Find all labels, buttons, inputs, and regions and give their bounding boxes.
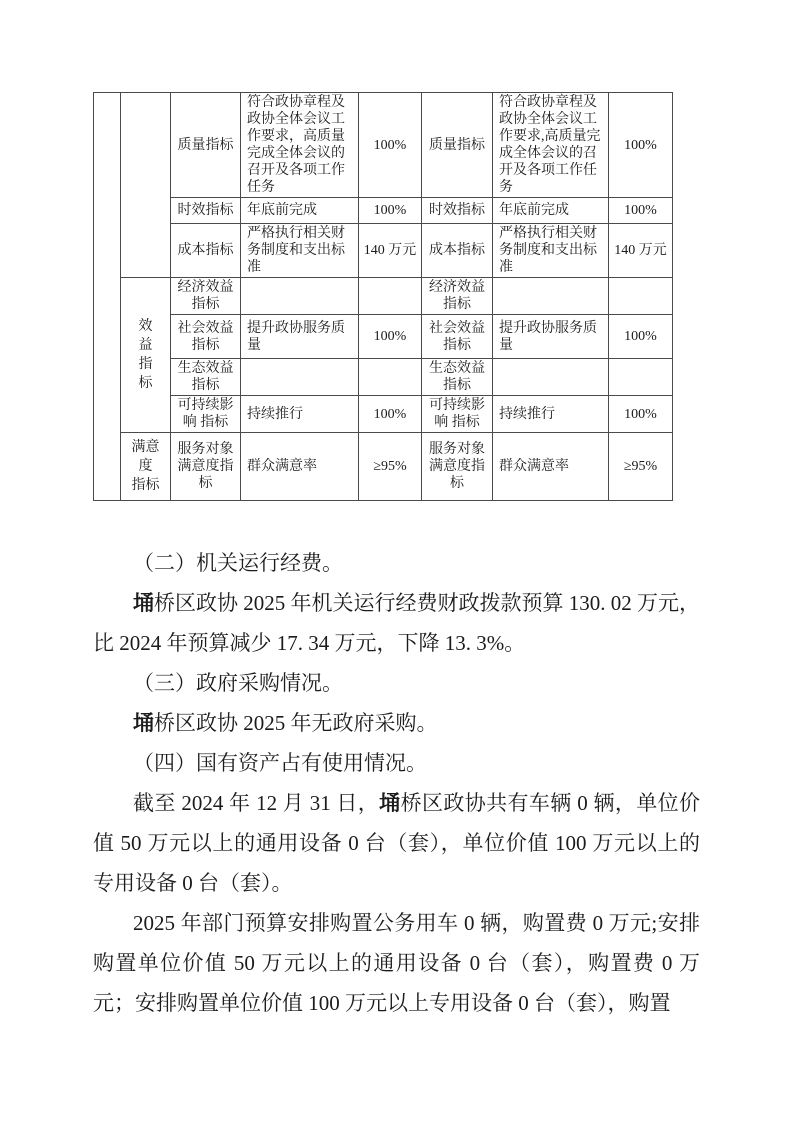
table-row: 成本指标 严格执行相关财务制度和支出标准 140 万元 成本指标 严格执行相关财… — [94, 224, 673, 278]
indicator-name-cell: 社会效益 指标 — [422, 315, 493, 359]
indicator-name-cell: 可持续影 响 指标 — [422, 396, 493, 433]
indicator-desc-cell — [493, 278, 609, 315]
indicator-desc-cell: 群众满意率 — [493, 433, 609, 501]
indicator-value-cell — [609, 359, 673, 396]
body-text-block: （二）机关运行经费。 埇桥区政协 2025 年机关运行经费财政拨款预算 130.… — [93, 543, 700, 1023]
indicator-value-cell: 140 万元 — [609, 224, 673, 278]
indicator-desc-cell: 符合政协章程及政协全体会议工作要求，高质量完成全体会议的召开及各项工作任务 — [241, 93, 359, 198]
indicator-value-cell: 100% — [359, 315, 422, 359]
indicator-value-cell — [359, 278, 422, 315]
para-assets: 截至 2024 年 12 月 31 日，埇桥区政协共有车辆 0 辆，单位价值 5… — [93, 783, 700, 903]
table-row: 质量指标 符合政协章程及政协全体会议工作要求，高质量完成全体会议的召开及各项工作… — [94, 93, 673, 198]
indicator-name-cell: 成本指标 — [171, 224, 241, 278]
section-heading-4: （四）国有资产占有使用情况。 — [93, 743, 700, 783]
table-row: 社会效益 指标 提升政协服务质量 100% 社会效益 指标 提升政协服务质量 1… — [94, 315, 673, 359]
indicator-desc-cell: 提升政协服务质量 — [241, 315, 359, 359]
indicator-value-cell: 100% — [609, 315, 673, 359]
indicator-value-cell — [609, 278, 673, 315]
performance-table-wrapper: 质量指标 符合政协章程及政协全体会议工作要求，高质量完成全体会议的召开及各项工作… — [93, 92, 673, 501]
indicator-name-cell: 经济效益 指标 — [422, 278, 493, 315]
document-page: 质量指标 符合政协章程及政协全体会议工作要求，高质量完成全体会议的召开及各项工作… — [0, 0, 793, 1122]
para-purchase-plan: 2025 年部门预算安排购置公务用车 0 辆，购置费 0 万元;安排购置单位价值… — [93, 903, 700, 1023]
para-text: 截至 2024 年 12 月 31 日， — [133, 791, 379, 815]
indicator-name-cell: 服务对象 满意度指 标 — [171, 433, 241, 501]
category-cell-empty — [121, 93, 171, 278]
indicator-name-cell: 服务对象 满意度指 标 — [422, 433, 493, 501]
indicator-desc-cell: 符合政协章程及政协全体会议工作要求,高质量完成全体会议的召开及各项工作任务 — [493, 93, 609, 198]
table-row: 满意 度 指标 服务对象 满意度指 标 群众满意率 ≥95% 服务对象 满意度指… — [94, 433, 673, 501]
indicator-name-cell: 质量指标 — [171, 93, 241, 198]
para-text: 桥区政协 2025 年无政府采购。 — [154, 711, 438, 735]
indicator-desc-cell — [493, 359, 609, 396]
category-cell-satisfaction: 满意 度 指标 — [121, 433, 171, 501]
fallback-bold-char: 埇 — [379, 791, 400, 815]
fallback-bold-char: 埇 — [133, 591, 154, 615]
indicator-desc-cell: 严格执行相关财务制度和支出标准 — [493, 224, 609, 278]
indicator-desc-cell: 持续推行 — [241, 396, 359, 433]
fallback-bold-char: 埇 — [133, 711, 154, 735]
indicator-name-cell: 时效指标 — [171, 198, 241, 224]
indicator-value-cell: 100% — [359, 396, 422, 433]
indicator-desc-cell — [241, 359, 359, 396]
indicator-name-cell: 生态效益 指标 — [422, 359, 493, 396]
table-row: 效 益 指 标 经济效益 指标 经济效益 指标 — [94, 278, 673, 315]
indicator-value-cell: 100% — [359, 93, 422, 198]
indicator-desc-cell: 群众满意率 — [241, 433, 359, 501]
indicator-name-cell: 质量指标 — [422, 93, 493, 198]
indicator-value-cell: 100% — [609, 93, 673, 198]
para-operating-expense: 埇桥区政协 2025 年机关运行经费财政拨款预算 130. 02 万元，比 20… — [93, 583, 700, 663]
category-cell-benefit: 效 益 指 标 — [121, 278, 171, 433]
table-row: 时效指标 年底前完成 100% 时效指标 年底前完成 100% — [94, 198, 673, 224]
indicator-value-cell — [359, 359, 422, 396]
indicator-value-cell: 100% — [359, 198, 422, 224]
indicator-desc-cell: 严格执行相关财务制度和支出标准 — [241, 224, 359, 278]
performance-indicator-table: 质量指标 符合政协章程及政协全体会议工作要求，高质量完成全体会议的召开及各项工作… — [93, 92, 673, 501]
indicator-desc-cell: 年底前完成 — [241, 198, 359, 224]
indicator-value-cell: 100% — [609, 396, 673, 433]
indicator-value-cell: 100% — [609, 198, 673, 224]
table-row: 生态效益 指标 生态效益 指标 — [94, 359, 673, 396]
indicator-desc-cell — [241, 278, 359, 315]
indicator-name-cell: 经济效益 指标 — [171, 278, 241, 315]
indicator-desc-cell: 年底前完成 — [493, 198, 609, 224]
para-text: 桥区政协 2025 年机关运行经费财政拨款预算 130. 02 万元，比 202… — [93, 591, 700, 655]
indicator-value-cell: ≥95% — [609, 433, 673, 501]
indicator-value-cell: ≥95% — [359, 433, 422, 501]
col-spacer-cell — [94, 93, 121, 501]
indicator-name-cell: 社会效益 指标 — [171, 315, 241, 359]
indicator-name-cell: 可持续影 响 指标 — [171, 396, 241, 433]
indicator-name-cell: 成本指标 — [422, 224, 493, 278]
table-row: 可持续影 响 指标 持续推行 100% 可持续影 响 指标 持续推行 100% — [94, 396, 673, 433]
para-procurement: 埇桥区政协 2025 年无政府采购。 — [93, 703, 700, 743]
section-heading-3: （三）政府采购情况。 — [93, 663, 700, 703]
section-heading-2: （二）机关运行经费。 — [93, 543, 700, 583]
indicator-value-cell: 140 万元 — [359, 224, 422, 278]
indicator-desc-cell: 持续推行 — [493, 396, 609, 433]
indicator-desc-cell: 提升政协服务质量 — [493, 315, 609, 359]
indicator-name-cell: 生态效益 指标 — [171, 359, 241, 396]
indicator-name-cell: 时效指标 — [422, 198, 493, 224]
